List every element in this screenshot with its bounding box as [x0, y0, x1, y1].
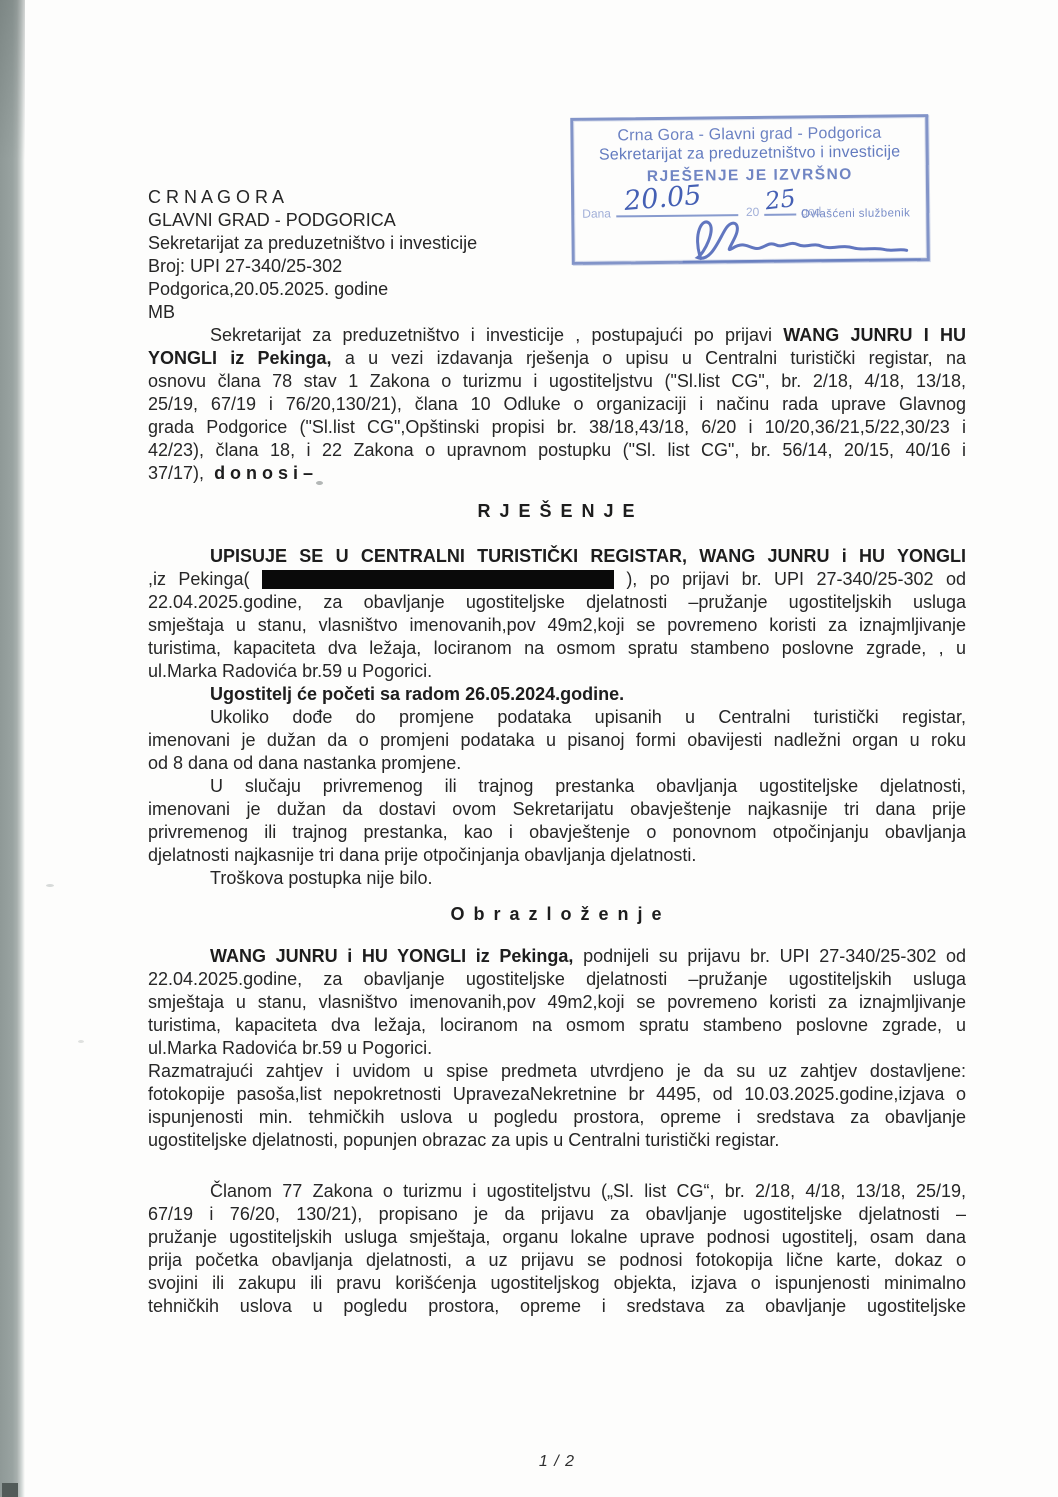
text-line: ugostiteljske djelatnosti, popunjen obra…: [148, 1129, 966, 1152]
text-run: a u vezi izdavanja rješenja o upisu u Ce…: [345, 348, 966, 368]
text-run: 37/17),: [148, 463, 204, 483]
text-line: fotokopije pasoša,list nepokretnosti Upr…: [148, 1083, 966, 1106]
letterhead-country: C R N A G O R A: [148, 186, 966, 209]
change-notice-paragraph: Ukoliko dođe do promjene podataka upisan…: [148, 706, 966, 775]
obrazlozenje-heading: O b r a z l o ž e n j e: [148, 903, 966, 926]
text-run: ), po prijavi br. UPI 27-340/25-302 od: [626, 569, 966, 589]
text-run: podnijeli su prijavu br. UPI 27-340/25-3…: [583, 946, 966, 966]
cessation-notice-paragraph: U slučaju privremenog ili trajnog presta…: [148, 775, 966, 867]
letterhead-department: Sekretarijat za preduzetništvo i investi…: [148, 232, 966, 255]
application-paragraph: WANG JUNRU i HU YONGLI iz Pekinga, podni…: [148, 945, 966, 1060]
text-line: Razmatrajući zahtjev i uvidom u spise pr…: [148, 1060, 966, 1083]
text-line: osnovu člana 78 stav 1 Zakona o turizmu …: [148, 370, 966, 393]
text-line: 22.04.2025.godine, za obavljanje ugostit…: [148, 968, 966, 991]
text-line: WANG JUNRU i HU YONGLI iz Pekinga, podni…: [148, 945, 966, 968]
text-line: tehničkih uslova u pogledu prostora, opr…: [148, 1295, 966, 1318]
text-line: imenovani je dužan da dostavi ovom Sekre…: [148, 798, 966, 821]
text-line: ul.Marka Radovića br.59 u Pogorici.: [148, 1037, 966, 1060]
rjesenje-heading: R J E Š E N J E: [148, 500, 966, 523]
letterhead-initials: MB: [148, 301, 966, 324]
text-run: Sekretarijat za preduzetništvo i investi…: [210, 325, 772, 345]
text-line: grada Podgorice ("Sl.list CG",Opštinski …: [148, 416, 966, 439]
text-line: svojini ili zakupu ili pravu korišćenja …: [148, 1272, 966, 1295]
text-run: ,iz Pekinga(: [148, 569, 249, 589]
text-line: smještaja u stanu, vlasništvo imenovanih…: [148, 614, 966, 637]
costs-line: Troškova postupka nije bilo.: [148, 867, 966, 890]
redaction-bar: [262, 570, 614, 589]
text-line: 22.04.2025.godine, za obavljanje ugostit…: [148, 591, 966, 614]
text-line: 67/19 i 76/20, 130/21), propisano je da …: [148, 1203, 966, 1226]
text-line: 37/17), d o n o s i –: [148, 462, 966, 485]
text-line: ispunjenosti min. tehmičkih uslova u pog…: [148, 1106, 966, 1129]
start-date-line: Ugostitelj će početi sa radom 26.05.2024…: [148, 683, 966, 706]
text-line: privremenog ili trajnog prestanka, kao i…: [148, 821, 966, 844]
document-body: C R N A G O R A GLAVNI GRAD - PODGORICA …: [148, 186, 966, 1318]
text-line: Ukoliko dođe do promjene podataka upisan…: [148, 706, 966, 729]
text-line: UPISUJE SE U CENTRALNI TURISTIČKI REGIST…: [148, 545, 966, 568]
text-line: imenovani je dužan da o promjeni podatak…: [148, 729, 966, 752]
scan-speck: [78, 1040, 84, 1043]
operative-paragraph: UPISUJE SE U CENTRALNI TURISTIČKI REGIST…: [148, 545, 966, 683]
text-line: prija početka obavljanja djelatnosti, a …: [148, 1249, 966, 1272]
text-run-bold: YONGLI iz Pekinga,: [148, 348, 332, 368]
scan-speck: [46, 884, 54, 887]
text-line: 25/19, 67/19 i 76/20,130/21), člana 10 O…: [148, 393, 966, 416]
text-line: ul.Marka Radovića br.59 u Pogorici.: [148, 660, 966, 683]
text-run-bold: d o n o s i –: [214, 463, 313, 483]
letterhead-place-date: Podgorica,20.05.2025. godine: [148, 278, 966, 301]
stamp-dept-line: Sekretarijat za preduzetništvo i investi…: [574, 143, 926, 165]
text-line: ,iz Pekinga( ), po prijavi br. UPI 27-34…: [148, 568, 966, 591]
stamp-org-line: Crna Gora - Glavni grad - Podgorica: [573, 124, 925, 146]
text-line: turistima, kapaciteta dva ležaja, locira…: [148, 637, 966, 660]
text-line: turistima, kapaciteta dva ležaja, locira…: [148, 1014, 966, 1037]
text-line: od 8 dana od dana nastanka promjene.: [148, 752, 966, 775]
text-line: Sekretarijat za preduzetništvo i investi…: [148, 324, 966, 347]
letterhead-city: GLAVNI GRAD - PODGORICA: [148, 209, 966, 232]
letterhead-case-number: Broj: UPI 27-340/25-302: [148, 255, 966, 278]
legal-basis-paragraph: Članom 77 Zakona o turizmu i ugostiteljs…: [148, 1180, 966, 1318]
scanned-document-page: Crna Gora - Glavni grad - Podgorica Sekr…: [0, 0, 1058, 1497]
stamp-status-line: RJEŠENJE JE IZVRŠNO: [574, 165, 926, 187]
intro-paragraph: Sekretarijat za preduzetništvo i investi…: [148, 324, 966, 485]
text-line: smještaja u stanu, vlasništvo imenovanih…: [148, 991, 966, 1014]
text-run-bold: WANG JUNRU i HU YONGLI iz Pekinga,: [210, 946, 573, 966]
text-line: Članom 77 Zakona o turizmu i ugostiteljs…: [148, 1180, 966, 1203]
text-line: djelatnosti najkasnije tri dana prije ot…: [148, 844, 966, 867]
text-line: YONGLI iz Pekinga, a u vezi izdavanja rj…: [148, 347, 966, 370]
page-number: 1 / 2: [148, 1453, 966, 1471]
scanner-edge-shadow: [0, 0, 25, 1497]
evidence-paragraph: Razmatrajući zahtjev i uvidom u spise pr…: [148, 1060, 966, 1152]
text-run-bold: WANG JUNRU I HU: [783, 325, 966, 345]
text-line: 42/23), člana 18, i 22 Zakona o upravnom…: [148, 439, 966, 462]
text-line: U slučaju privremenog ili trajnog presta…: [148, 775, 966, 798]
letterhead: C R N A G O R A GLAVNI GRAD - PODGORICA …: [148, 186, 966, 324]
text-line: pružanje ugostiteljskih usluga smještaja…: [148, 1226, 966, 1249]
